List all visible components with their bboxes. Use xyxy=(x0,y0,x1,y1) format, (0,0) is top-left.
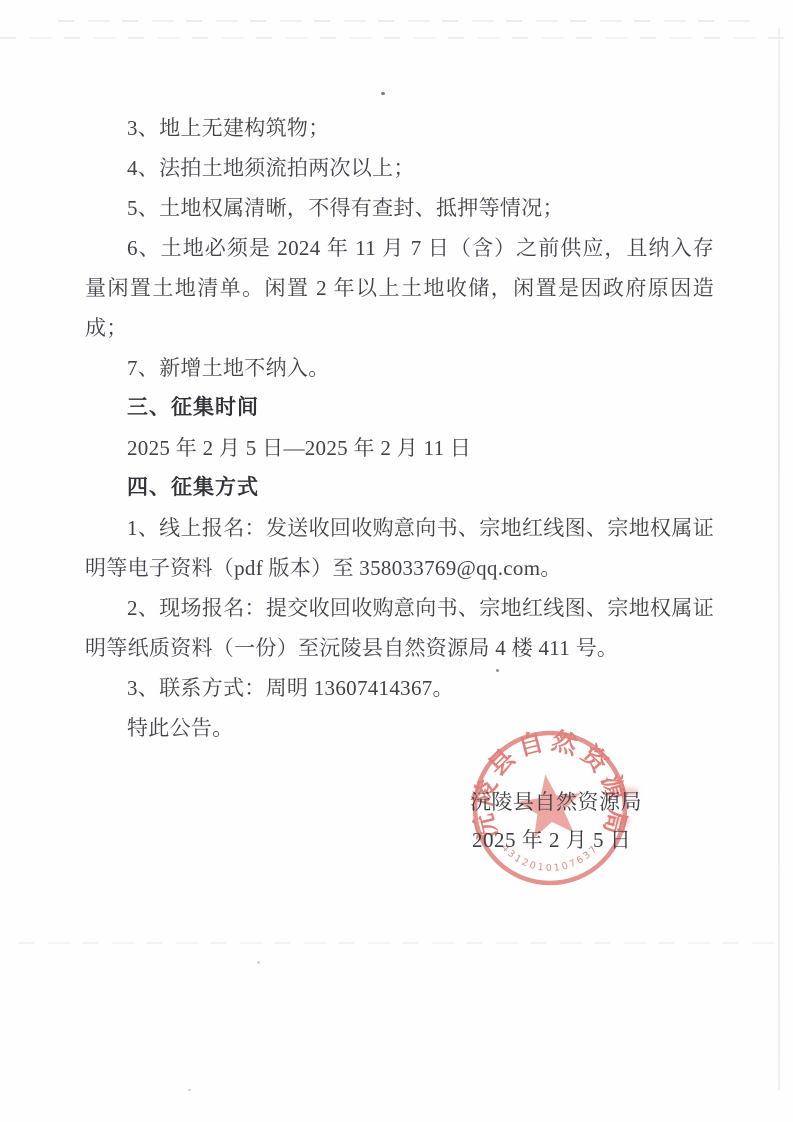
scan-artifact-line xyxy=(58,20,758,22)
item-4-auction-land: 4、法拍土地须流拍两次以上； xyxy=(85,148,714,188)
heading-collection-time: 三、征集时间 xyxy=(85,388,714,428)
document-body: 3、地上无建构筑物； 4、法拍土地须流拍两次以上； 5、土地权属清晰，不得有查封… xyxy=(85,108,714,748)
scan-speck xyxy=(188,1089,191,1091)
method-1-online-registration: 1、线上报名：发送收回收购意向书、宗地红线图、宗地权属证明等电子资料（pdf 版… xyxy=(85,508,714,588)
item-6-supply-date: 6、土地必须是 2024 年 11 月 7 日（含）之前供应，且纳入存量闲置土地… xyxy=(85,228,714,348)
signature-organization: 沅陵县自然资源局 xyxy=(470,790,642,814)
item-7-new-land-excluded: 7、新增土地不纳入。 xyxy=(85,348,714,388)
method-3-contact-info: 3、联系方式：周明 13607414367。 xyxy=(85,668,714,708)
scan-speck xyxy=(257,961,260,964)
item-5-clear-ownership: 5、土地权属清晰，不得有查封、抵押等情况； xyxy=(85,188,714,228)
method-2-onsite-registration: 2、现场报名：提交收回收购意向书、宗地红线图、宗地权属证明等纸质资料（一份）至沅… xyxy=(85,588,714,668)
item-3-no-structures: 3、地上无建构筑物； xyxy=(85,108,714,148)
collection-time-range: 2025 年 2 月 5 日—2025 年 2 月 11 日 xyxy=(85,428,714,468)
scanned-document-page: 3、地上无建构筑物； 4、法拍土地须流拍两次以上； 5、土地权属清晰，不得有查封… xyxy=(0,0,793,1122)
heading-collection-method: 四、征集方式 xyxy=(85,468,714,508)
scan-artifact-line xyxy=(0,37,793,39)
scan-speck xyxy=(381,92,385,95)
signature-date: 2025 年 2 月 5 日 xyxy=(472,828,631,852)
scan-artifact-line xyxy=(18,942,778,944)
scan-artifact-edge-line xyxy=(778,28,780,1090)
